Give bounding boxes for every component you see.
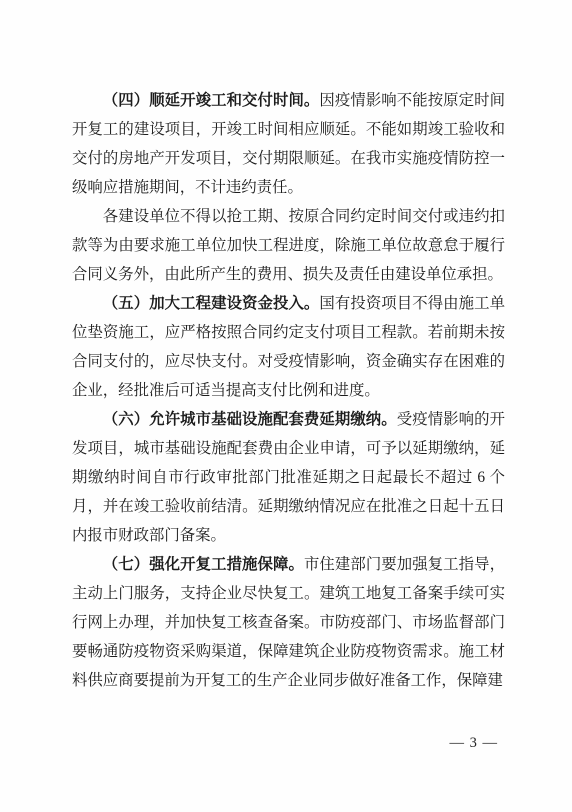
page-number: — 3 —	[450, 735, 499, 752]
paragraph-5-heading: （五）加大工程建设资金投入。	[103, 295, 320, 312]
document-page: （四）顺延开竣工和交付时间。因疫情影响不能按原定时间开复工的建设项目，开竣工时间…	[0, 0, 572, 812]
paragraph-4: （四）顺延开竣工和交付时间。因疫情影响不能按原定时间开复工的建设项目，开竣工时间…	[72, 86, 505, 202]
document-body: （四）顺延开竣工和交付时间。因疫情影响不能按原定时间开复工的建设项目，开竣工时间…	[72, 86, 505, 695]
paragraph-6-text: 受疫情影响的开发项目，城市基础设施配套费由企业申请，可予以延期缴纳，延期缴纳时间…	[72, 411, 505, 544]
paragraph-6: （六）允许城市基础设施配套费延期缴纳。受疫情影响的开发项目，城市基础设施配套费由…	[72, 405, 505, 550]
paragraph-7-heading: （七）强化开复工措施保障。	[103, 556, 304, 573]
paragraph-4-sub-text: 各建设单位不得以抢工期、按原合同约定时间交付或违约扣款等为由要求施工单位加快工程…	[72, 208, 505, 283]
paragraph-5: （五）加大工程建设资金投入。国有投资项目不得由施工单位垫资施工，应严格按照合同约…	[72, 289, 505, 405]
paragraph-7: （七）强化开复工措施保障。市住建部门要加强复工指导，主动上门服务，支持企业尽快复…	[72, 550, 505, 695]
paragraph-6-heading: （六）允许城市基础设施配套费延期缴纳。	[103, 411, 397, 428]
paragraph-7-text: 市住建部门要加强复工指导，主动上门服务，支持企业尽快复工。建筑工地复工备案手续可…	[72, 556, 505, 689]
paragraph-4-sub: 各建设单位不得以抢工期、按原合同约定时间交付或违约扣款等为由要求施工单位加快工程…	[72, 202, 505, 289]
paragraph-4-heading: （四）顺延开竣工和交付时间。	[103, 92, 320, 109]
